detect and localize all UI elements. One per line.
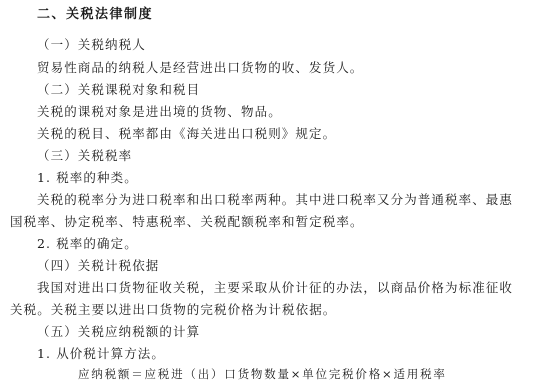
paragraph-rate-types-2: 国税率、协定税率、特惠税率、关税配额税率和暂定税率。	[10, 214, 364, 230]
item-rate-determination: 2. 税率的确定。	[37, 236, 138, 252]
subsection-heading-taxpayer: （一）关税纳税人	[37, 37, 146, 53]
subsection-heading-tax-object: （二）关税课税对象和税目	[37, 82, 200, 98]
subsection-heading-tax-rate: （三）关税税率	[37, 148, 132, 164]
paragraph-tax-basis-1: 我国对进出口货物征收关税，主要采取从价计征的办法，以商品价格为标准征收	[37, 280, 513, 296]
paragraph-tax-items: 关税的税目、税率都由《海关进出口税则》规定。	[37, 126, 336, 142]
paragraph-tax-object: 关税的课税对象是进出境的货物、物品。	[37, 104, 282, 120]
item-rate-types: 1. 税率的种类。	[37, 170, 138, 186]
item-ad-valorem-method: 1. 从价税计算方法。	[37, 346, 165, 362]
formula: 应纳税额＝应税进（出）口货物数量×单位完税价格×适用税率	[78, 366, 447, 382]
paragraph-taxpayer: 贸易性商品的纳税人是经营进出口货物的收、发货人。	[37, 60, 363, 76]
subsection-heading-calculation: （五）关税应纳税额的计算	[37, 324, 200, 340]
paragraph-tax-basis-2: 关税。关税主要以进出口货物的完税价格为计税依据。	[10, 302, 336, 318]
subsection-heading-tax-basis: （四）关税计税依据	[37, 258, 159, 274]
section-title: 二、关税法律制度	[37, 7, 153, 23]
paragraph-rate-types-1: 关税的税率分为进口税率和出口税率两种。其中进口税率又分为普通税率、最惠	[37, 192, 513, 208]
